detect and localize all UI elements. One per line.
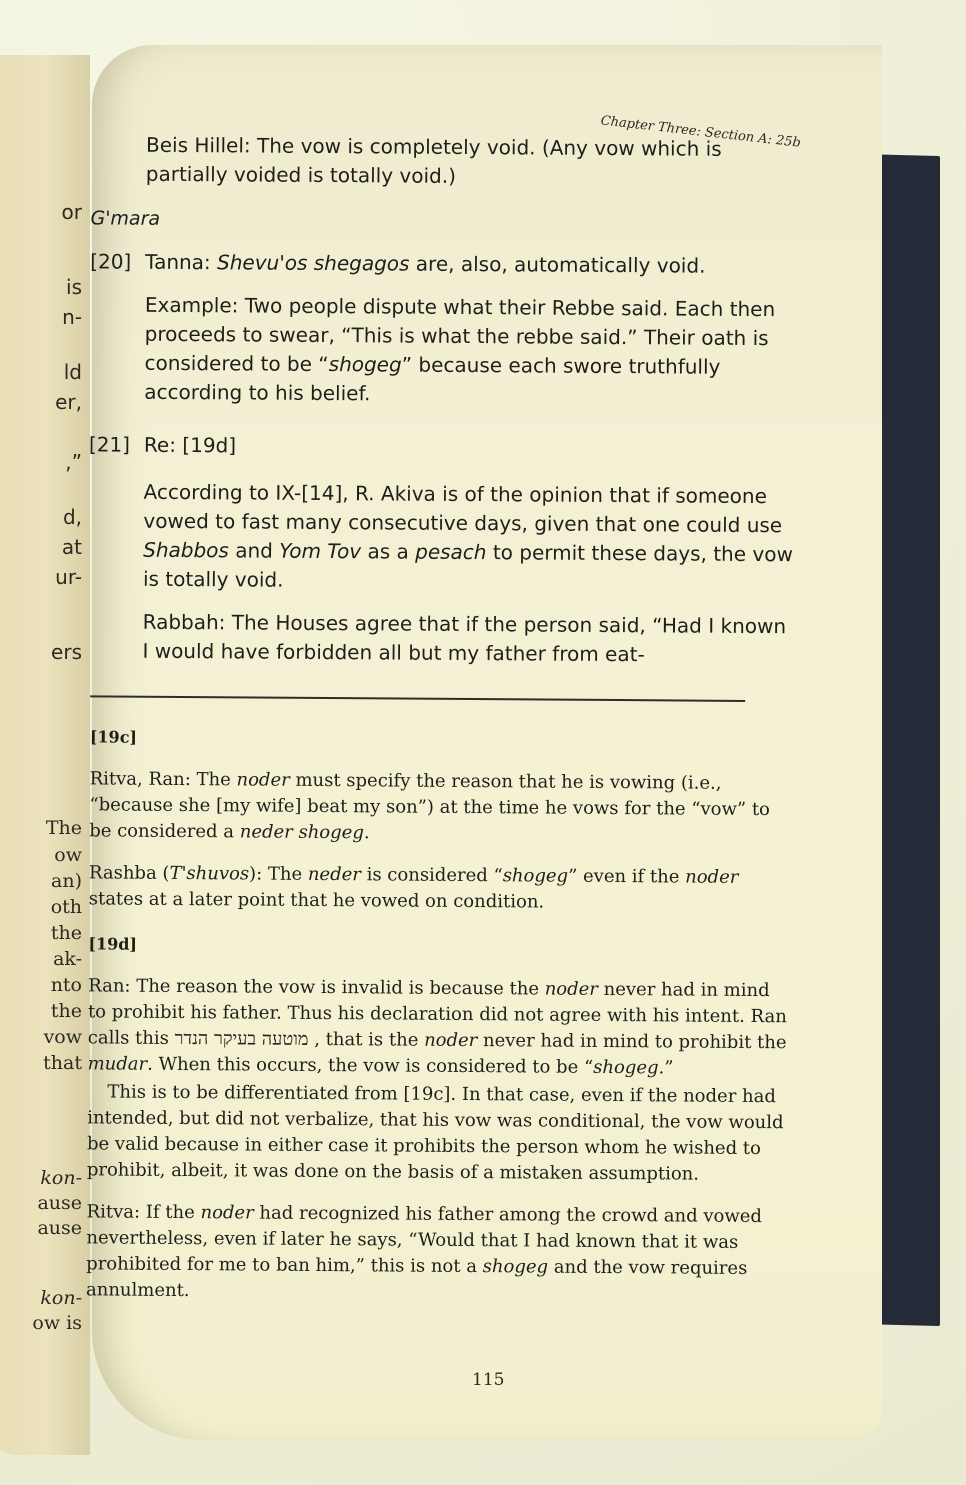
left-page-text-fragment: ak- (53, 946, 82, 972)
term: T'shuvos (169, 863, 249, 885)
item-21-heading: Re: [19d] (144, 431, 236, 461)
term: noder (424, 1030, 477, 1051)
item-21-paragraph-2: Rabbah: The Houses agree that if the per… (142, 608, 792, 671)
text: is considered “ (361, 864, 503, 886)
term: noder (685, 867, 738, 888)
left-page-text-fragment: vow (44, 1024, 82, 1050)
text: . (364, 822, 370, 843)
right-page: Chapter Three: Section A: 25b Beis Hille… (92, 45, 882, 1440)
left-page-text-fragment: kon- (40, 1165, 82, 1191)
text: .” (658, 1057, 673, 1078)
note-19d-differentiation: This is to be differentiated from [19c].… (87, 1079, 790, 1188)
term: noder (545, 979, 598, 1000)
term: shogeg (503, 865, 569, 886)
text: Rashba ( (89, 862, 170, 884)
note-19d-ran: Ran: The reason the vow is invalid is be… (88, 973, 791, 1082)
beis-hillel-paragraph: Beis Hillel: The vow is completely void.… (146, 131, 736, 193)
term: noder (236, 769, 289, 790)
left-page-text-fragment: ause (37, 1190, 82, 1216)
item-20-example: Example: Two people dispute what their R… (144, 291, 795, 412)
page-number: 115 (472, 1370, 504, 1390)
term: shogeg (329, 352, 402, 377)
text: Ritva: If the (87, 1201, 201, 1223)
text: and (229, 538, 280, 562)
item-number: [20] (90, 247, 145, 276)
left-page-text-fragment: kon- (40, 1285, 82, 1311)
note-19c-rashba: Rashba (T'shuvos): The neder is consider… (89, 860, 791, 917)
item-20: [20] Tanna: Shevu'os shegagos are, also,… (90, 247, 795, 281)
footnote-divider (90, 695, 745, 702)
item-20-text: Tanna: Shevu'os shegagos are, also, auto… (145, 248, 705, 281)
note-19d-ritva: Ritva: If the noder had recognized his f… (86, 1199, 789, 1308)
note-label-19d: [19d] (88, 934, 790, 958)
left-page-text-fragment: ,” (65, 450, 82, 474)
text: Ritva, Ran: The (90, 768, 237, 790)
text: . When this occurs, the vow is considere… (147, 1054, 593, 1078)
text: ” even if the (568, 866, 685, 888)
left-page-text-fragment: ur- (55, 565, 82, 589)
lead: Tanna: (145, 250, 217, 275)
left-page-text-fragment: ers (51, 640, 82, 664)
term: noder (200, 1202, 253, 1223)
text: states at a later point that he vowed on… (89, 888, 545, 912)
text: Ran: The reason the vow is invalid is be… (88, 975, 545, 999)
left-page-text-fragment: oth (51, 894, 82, 920)
term: neder (308, 864, 361, 885)
left-page-text-fragment: d, (63, 505, 82, 529)
text: According to IX-[14], R. Akiva is of the… (143, 480, 782, 537)
term: shogeg (593, 1057, 659, 1078)
left-page-text-fragment: ause (37, 1215, 82, 1241)
item-number: [21] (89, 430, 144, 459)
left-page-text-fragment: that (43, 1050, 82, 1076)
section-label-gmara: G'mara (90, 204, 795, 238)
item-21: [21] Re: [19d] (89, 430, 794, 464)
left-page-text-fragment: ow is (32, 1310, 82, 1336)
term: mudar (88, 1053, 148, 1074)
text: , that is the (308, 1029, 424, 1051)
speaker: Beis Hillel: (146, 133, 251, 158)
note-19c-ritva-ran: Ritva, Ran: The noder must specify the r… (89, 766, 792, 849)
text: as a (361, 539, 415, 563)
left-page-text-fragment: n- (62, 305, 82, 329)
term: pesach (415, 540, 487, 564)
left-page-text-fragment: The (46, 815, 82, 841)
left-page: orisn-lder,,”d,atur-ersTheowan)oththeak-… (0, 55, 90, 1455)
term: Shevu'os shegagos (217, 250, 410, 275)
left-page-text-fragment: nto (51, 972, 82, 998)
term: Shabbos (143, 538, 229, 563)
left-page-text-fragment: ld (64, 360, 82, 384)
rest: are, also, automatically void. (409, 252, 705, 278)
text: never had in mind to prohibit the (477, 1030, 786, 1053)
left-page-text-fragment: at (62, 535, 82, 559)
left-page-text-fragment: an) (51, 868, 82, 894)
term: neder shogeg (240, 821, 364, 843)
hebrew-term: מוטעה בעיקר הנדר (175, 1028, 309, 1050)
left-page-text-fragment: er, (55, 390, 82, 414)
item-21-paragraph-1: According to IX-[14], R. Akiva is of the… (143, 478, 794, 599)
left-page-text-fragment: the (51, 998, 82, 1024)
left-page-text-fragment: is (66, 275, 82, 299)
note-label-19c: [19c] (90, 727, 792, 751)
left-page-text-fragment: ow (54, 842, 82, 868)
page-content: Chapter Three: Section A: 25b Beis Hille… (138, 123, 796, 1325)
left-page-text-fragment: the (51, 920, 82, 946)
left-page-text-fragment: or (62, 200, 82, 224)
text: ): The (249, 863, 308, 884)
term: Yom Tov (279, 539, 361, 564)
term: shogeg (483, 1256, 549, 1277)
